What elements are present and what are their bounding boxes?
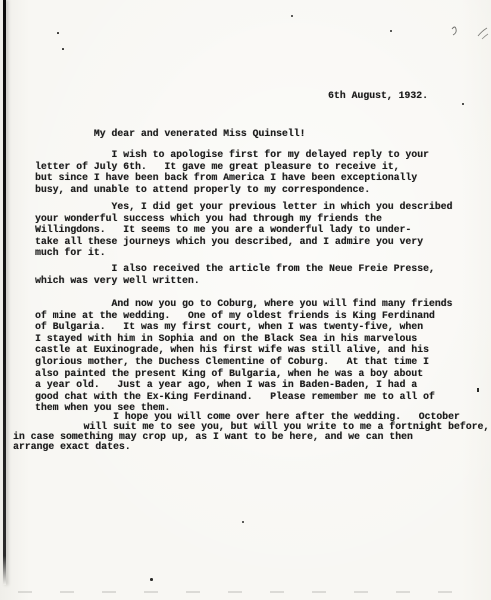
letter-page: 6th August, 1932. My dear and venerated … xyxy=(0,0,491,600)
letter-paragraph-5: I hope you will come over here after the… xyxy=(13,412,489,452)
letter-date: 6th August, 1932. xyxy=(328,90,428,102)
letter-salutation: My dear and venerated Miss Quinsell! xyxy=(35,128,305,140)
letter-line: I stayed with him in Sophia and on the B… xyxy=(35,333,452,345)
scan-speck xyxy=(390,30,392,32)
letter-line: letter of July 6th. It gave me great ple… xyxy=(35,161,429,173)
letter-line: arrange exact dates. xyxy=(13,442,489,452)
letter-line: castle at Euxinograde, when his first wi… xyxy=(35,344,452,356)
letter-paragraph-1: I wish to apologise first for my delayed… xyxy=(35,149,429,195)
letter-line: also painted the present King of Bulgari… xyxy=(35,368,452,380)
letter-line: good chat with the Ex-King Ferdinand. Pl… xyxy=(35,391,452,403)
letter-line: I wish to apologise first for my delayed… xyxy=(35,149,429,161)
letter-line: your wonderful success which you had thr… xyxy=(35,213,452,225)
letter-line: but since I have been back from America … xyxy=(35,172,429,184)
letter-line: I also received the article from the Neu… xyxy=(35,263,435,275)
letter-paragraph-4: And now you go to Coburg, where you will… xyxy=(35,298,452,414)
letter-line: of mine at the wedding. One of my oldest… xyxy=(35,310,452,322)
letter-line: a year old. Just a year ago, when I was … xyxy=(35,379,452,391)
scan-speck xyxy=(150,578,153,581)
letter-line: which was very well written. xyxy=(35,275,435,287)
scan-speck xyxy=(242,521,244,523)
scan-speck xyxy=(291,15,293,17)
letter-line: glorious mother, the Duchess Clementine … xyxy=(35,356,452,368)
letter-line: Yes, I did get your previous letter in w… xyxy=(35,201,452,213)
letter-line: of Bulgaria. It was my first court, when… xyxy=(35,321,452,333)
scan-speck xyxy=(462,103,464,105)
letter-line: much for it. xyxy=(35,247,452,259)
scan-bottom-edge xyxy=(18,591,480,593)
scan-speck xyxy=(477,388,479,392)
letter-line: And now you go to Coburg, where you will… xyxy=(35,298,452,310)
letter-line: take all these journeys which you descri… xyxy=(35,236,452,248)
letter-paragraph-3: I also received the article from the Neu… xyxy=(35,263,435,286)
letter-line: busy, and unable to attend properly to m… xyxy=(35,184,429,196)
scan-edge-bar xyxy=(3,0,6,585)
letter-paragraph-2: Yes, I did get your previous letter in w… xyxy=(35,201,452,259)
scan-speck xyxy=(62,48,64,50)
scan-speck xyxy=(57,32,59,34)
letter-line: Willingdons. It seems to me you are a wo… xyxy=(35,224,452,236)
pencil-mark xyxy=(438,20,490,52)
